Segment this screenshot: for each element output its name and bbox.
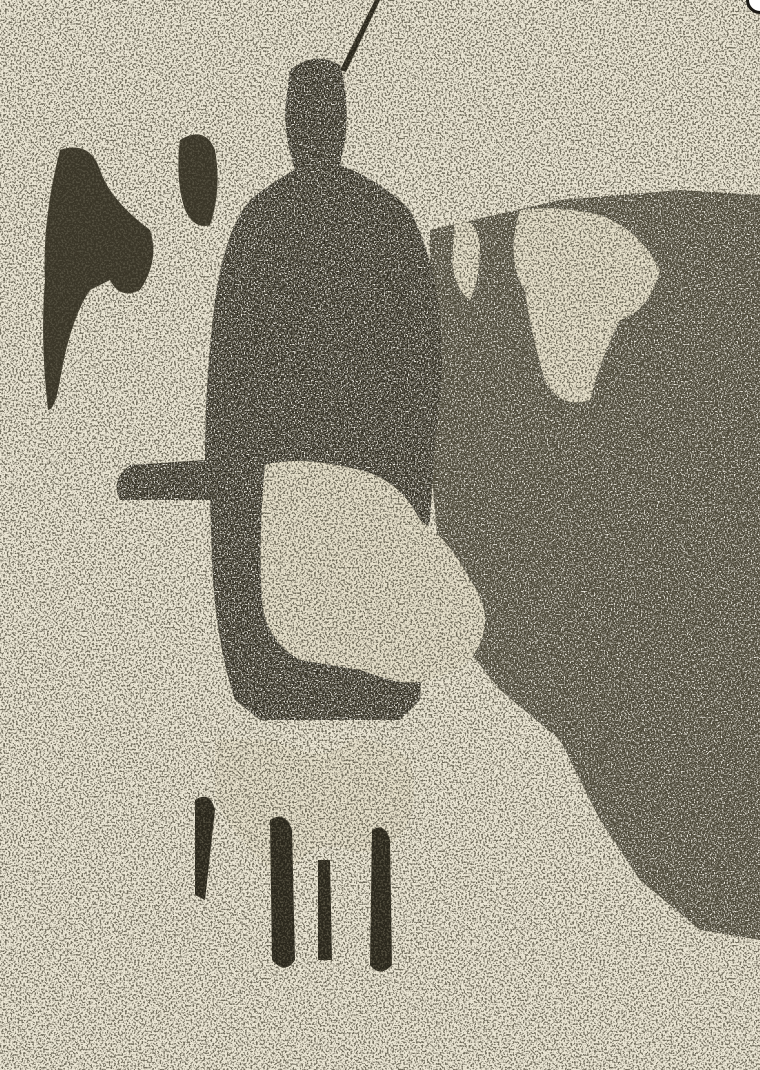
artwork-image: [0, 0, 760, 1070]
speckle-overlay: [0, 0, 760, 1070]
artwork-svg: [0, 0, 760, 1070]
